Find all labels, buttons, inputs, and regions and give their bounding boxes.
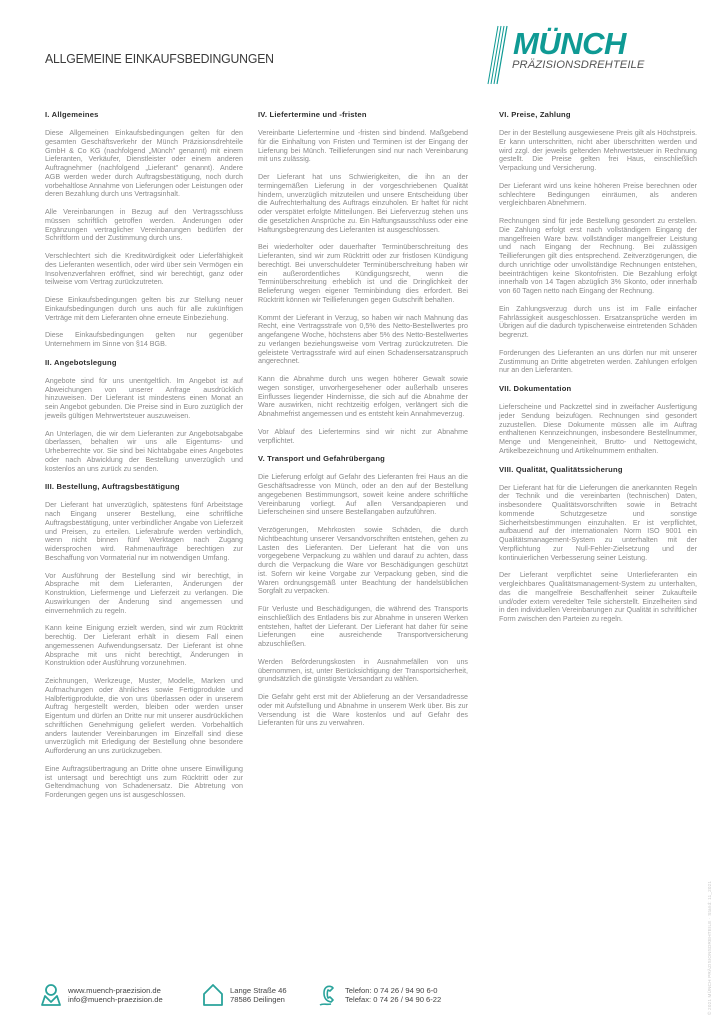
company-logo: MÜNCH PRÄZISIONSDREHTEILE	[484, 24, 704, 84]
section-heading: V. Transport und Gefahrübergang	[258, 454, 468, 464]
paragraph: Alle Vereinbarungen in Bezug auf den Ver…	[45, 208, 243, 243]
paragraph: Diese Allgemeinen Einkaufsbedingungen ge…	[45, 129, 243, 199]
phone-number: Telefon: 0 74 26 / 94 90 6-0	[345, 986, 441, 995]
paragraph: Der Lieferant hat unverzüglich, späteste…	[45, 501, 243, 562]
paragraph: Diese Einkaufsbedingungen gelten nur geg…	[45, 331, 243, 349]
paragraph: Bei wiederholter oder dauerhafter Termin…	[258, 243, 468, 304]
footer-address: Lange Straße 46 78586 Deilingen	[202, 983, 287, 1007]
section-heading: I. Allgemeines	[45, 110, 243, 120]
section-heading: III. Bestellung, Auftragsbestätigung	[45, 482, 243, 492]
paragraph: Verschlechtert sich die Kreditwürdigkeit…	[45, 252, 243, 287]
paragraph: Der Lieferant hat uns Schwierigkeiten, d…	[258, 173, 468, 234]
paragraph: Lieferscheine und Packzettel sind in zwe…	[499, 403, 697, 456]
fax-number: Telefax: 0 74 26 / 94 90 6-22	[345, 995, 441, 1004]
paragraph: An Unterlagen, die wir dem Lieferanten z…	[45, 430, 243, 474]
paragraph: Forderungen des Lieferanten an uns dürfe…	[499, 349, 697, 375]
section-heading: VIII. Qualität, Qualitätssicherung	[499, 465, 697, 475]
section-heading: IV. Liefertermine und -fristen	[258, 110, 468, 120]
document-title: ALLGEMEINE EINKAUFSBEDINGUNGEN	[45, 51, 274, 66]
footer-phone: Telefon: 0 74 26 / 94 90 6-0 Telefax: 0 …	[317, 983, 441, 1007]
logo-wordmark: MÜNCH	[513, 28, 626, 59]
paragraph: Zeichnungen, Werkzeuge, Muster, Modelle,…	[45, 677, 243, 756]
footer: www.muench-praezision.de info@muench-pra…	[40, 983, 680, 1013]
paragraph: Diese Einkaufsbedingungen gelten bis zur…	[45, 296, 243, 322]
logo-stripes-icon	[484, 24, 514, 86]
section-heading: II. Angebotslegung	[45, 358, 243, 368]
paragraph: Verzögerungen, Mehrkosten sowie Schäden,…	[258, 526, 468, 596]
email-link[interactable]: info@muench-praezision.de	[68, 995, 163, 1004]
paragraph: Für Verluste und Beschädigungen, die wäh…	[258, 605, 468, 649]
paragraph: Ein Zahlungsverzug durch uns ist im Fall…	[499, 305, 697, 340]
paragraph: Rechnungen sind für jede Bestellung geso…	[499, 217, 697, 296]
paragraph: Angebote sind für uns unentgeltlich. Im …	[45, 377, 243, 421]
column-right: VI. Preise, Zahlung Der in der Bestellun…	[499, 110, 697, 633]
paragraph: Eine Auftragsübertragung an Dritte ohne …	[45, 765, 243, 800]
logo-subtitle: PRÄZISIONSDREHTEILE	[512, 60, 644, 71]
section-heading: VII. Dokumentation	[499, 384, 697, 394]
footer-contact-web: www.muench-praezision.de info@muench-pra…	[40, 983, 163, 1007]
copyright-note: © 2021 MÜNCH PRÄZISIONSDREHTEILE · Stand…	[707, 881, 712, 1015]
paragraph: Der Lieferant wird uns keine höheren Pre…	[499, 182, 697, 208]
paragraph: Die Gefahr geht erst mit der Ablieferung…	[258, 693, 468, 728]
paragraph: Kann die Abnahme durch uns wegen höherer…	[258, 375, 468, 419]
house-icon	[202, 983, 224, 1007]
street-address: Lange Straße 46	[230, 986, 287, 995]
column-middle: IV. Liefertermine und -fristen Vereinbar…	[258, 110, 468, 737]
paragraph: Kommt der Lieferant in Verzug, so haben …	[258, 314, 468, 367]
city-address: 78586 Deilingen	[230, 995, 287, 1004]
phone-icon	[317, 983, 339, 1007]
paragraph: Der Lieferant hat für die Lieferungen di…	[499, 484, 697, 563]
paragraph: Werden Beförderungskosten in Ausnahmefäl…	[258, 658, 468, 684]
paragraph: Vereinbarte Liefertermine und -fristen s…	[258, 129, 468, 164]
paragraph: Die Lieferung erfolgt auf Gefahr des Lie…	[258, 473, 468, 517]
paragraph: Vor Ausführung der Bestellung sind wir b…	[45, 572, 243, 616]
column-left: I. Allgemeines Diese Allgemeinen Einkauf…	[45, 110, 243, 809]
person-icon	[40, 983, 62, 1007]
paragraph: Der in der Bestellung ausgewiesene Preis…	[499, 129, 697, 173]
paragraph: Kann keine Einigung erzielt werden, sind…	[45, 624, 243, 668]
section-heading: VI. Preise, Zahlung	[499, 110, 697, 120]
paragraph: Der Lieferant verpflichtet seine Unterli…	[499, 571, 697, 624]
paragraph: Vor Ablauf des Liefertermins sind wir ni…	[258, 428, 468, 446]
website-link[interactable]: www.muench-praezision.de	[68, 986, 163, 995]
